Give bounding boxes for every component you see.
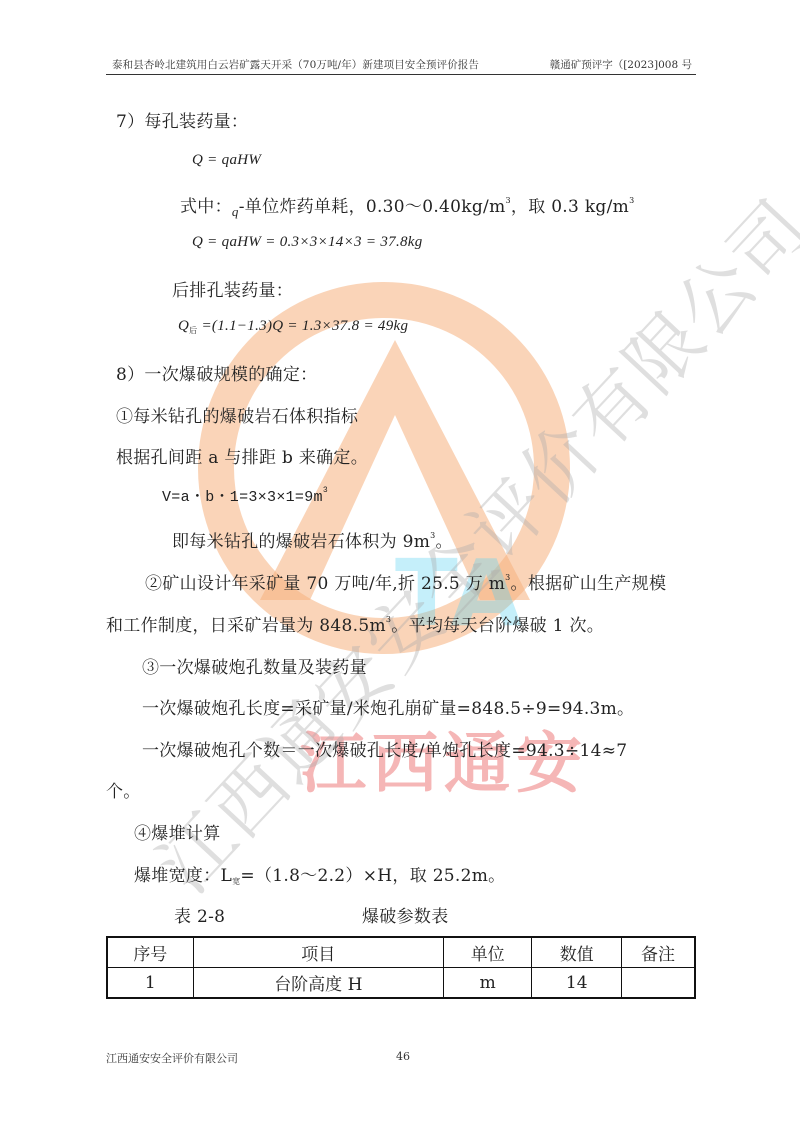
- result-text: 即每米钻孔的爆破岩石体积为 9m: [172, 532, 430, 552]
- item-3-title: ③一次爆破炮孔数量及装药量: [142, 653, 367, 678]
- table-header-row: 序号 项目 单位 数值 备注: [107, 937, 695, 968]
- table-cell: 1: [107, 968, 193, 999]
- table-cell: [621, 968, 695, 999]
- table-cell: m: [443, 968, 531, 999]
- item-3-line-3: 个。: [106, 777, 141, 802]
- footer-company: 江西通安安全评价有限公司: [106, 1050, 238, 1066]
- page-header: 泰和县杏岭北建筑用白云岩矿露天开采（70万吨/年）新建项目安全预评价报告 赣通矿…: [106, 54, 696, 75]
- paragraph-text: 。根据矿山生产规模: [511, 574, 667, 594]
- paragraph-text: 爆堆宽度：L: [134, 866, 232, 886]
- table-cell: 14: [532, 968, 622, 999]
- formula-q: Q: [178, 318, 189, 334]
- superscript: 3: [323, 486, 328, 495]
- table-cell: 台阶高度 H: [193, 968, 443, 999]
- page-number: 46: [396, 1050, 410, 1063]
- item-2-line-2: 和工作制度，日采矿岩量为 848.5m3。平均每天台阶爆破 1 次。: [106, 611, 604, 636]
- paragraph-text: 。平均每天台阶爆破 1 次。: [391, 616, 604, 636]
- column-header: 备注: [621, 937, 695, 968]
- formula-text: Q = qaHW: [192, 152, 261, 168]
- explain-text: -单位炸药单耗，0.30～0.40kg/m: [239, 197, 506, 217]
- formula-back-row-charge: Q后 =(1.1−1.3)Q = 1.3×37.8 = 49kg: [178, 318, 408, 335]
- item-3-line-1: 一次爆破炮孔长度=采矿量/米炮孔崩矿量=848.5÷9=94.3m。: [142, 694, 634, 719]
- formula-explanation: 式中：q-单位炸药单耗，0.30～0.40kg/m3，取 0.3 kg/m3: [180, 192, 634, 220]
- item-1-formula: V=a・b・1=3×3×1=9m3: [162, 485, 328, 506]
- result-end: 。: [436, 532, 453, 552]
- formula-text: V=a・b・1=3×3×1=9m: [162, 489, 323, 506]
- paragraph-text: 和工作制度，日采矿岩量为 848.5m: [106, 616, 386, 636]
- formula-text: Q = qaHW = 0.3×3×14×3 = 37.8kg: [192, 234, 423, 250]
- explain-prefix: 式中：: [180, 197, 232, 217]
- column-header: 单位: [443, 937, 531, 968]
- item-1-result: 即每米钻孔的爆破岩石体积为 9m3。: [172, 527, 453, 552]
- formula-text: =(1.1−1.3)Q = 1.3×37.8 = 49kg: [197, 318, 408, 334]
- section-8-heading: 8）一次爆破规模的确定：: [116, 360, 317, 385]
- blasting-parameters-table: 序号 项目 单位 数值 备注 1 台阶高度 H m 14: [106, 936, 696, 999]
- formula-charge-calculation: Q = qaHW = 0.3×3×14×3 = 37.8kg: [192, 234, 423, 251]
- item-4-title: ④爆堆计算: [134, 819, 221, 844]
- column-header: 项目: [193, 937, 443, 968]
- formula-charge-per-hole: Q = qaHW: [192, 152, 261, 169]
- item-3-line-2: 一次爆破炮孔个数＝一次爆破孔长度/单炮孔长度=94.3÷14≈7: [142, 736, 627, 761]
- item-1-title: ①每米钻孔的爆破岩石体积指标: [116, 402, 358, 427]
- back-row-label: 后排孔装药量：: [172, 276, 293, 301]
- explain-variable: q: [232, 204, 239, 219]
- item-4-formula: 爆堆宽度：L宽=（1.8～2.2）×H，取 25.2m。: [134, 861, 505, 886]
- section-7-heading: 7）每孔装药量：: [116, 107, 248, 132]
- document-number: 赣通矿预评字（[2023]008 号: [550, 57, 692, 72]
- table-row: 1 台阶高度 H m 14: [107, 968, 695, 999]
- table-caption: 爆破参数表: [362, 902, 449, 927]
- column-header: 数值: [532, 937, 622, 968]
- item-1-description: 根据孔间距 a 与排距 b 来确定。: [116, 443, 368, 468]
- item-2-line-1: ②矿山设计年采矿量 70 万吨/年,折 25.5 万 m3。根据矿山生产规模: [145, 569, 666, 594]
- column-header: 序号: [107, 937, 193, 968]
- table-number: 表 2-8: [174, 902, 225, 927]
- page: 泰和县杏岭北建筑用白云岩矿露天开采（70万吨/年）新建项目安全预评价报告 赣通矿…: [0, 0, 800, 1131]
- explain-take: ，取 0.3 kg/m: [511, 197, 629, 217]
- paragraph-text: =（1.8～2.2）×H，取 25.2m。: [240, 866, 505, 886]
- superscript: 3: [629, 196, 634, 205]
- report-title: 泰和县杏岭北建筑用白云岩矿露天开采（70万吨/年）新建项目安全预评价报告: [112, 57, 479, 72]
- paragraph-text: ②矿山设计年采矿量 70 万吨/年,折 25.5 万 m: [145, 574, 505, 594]
